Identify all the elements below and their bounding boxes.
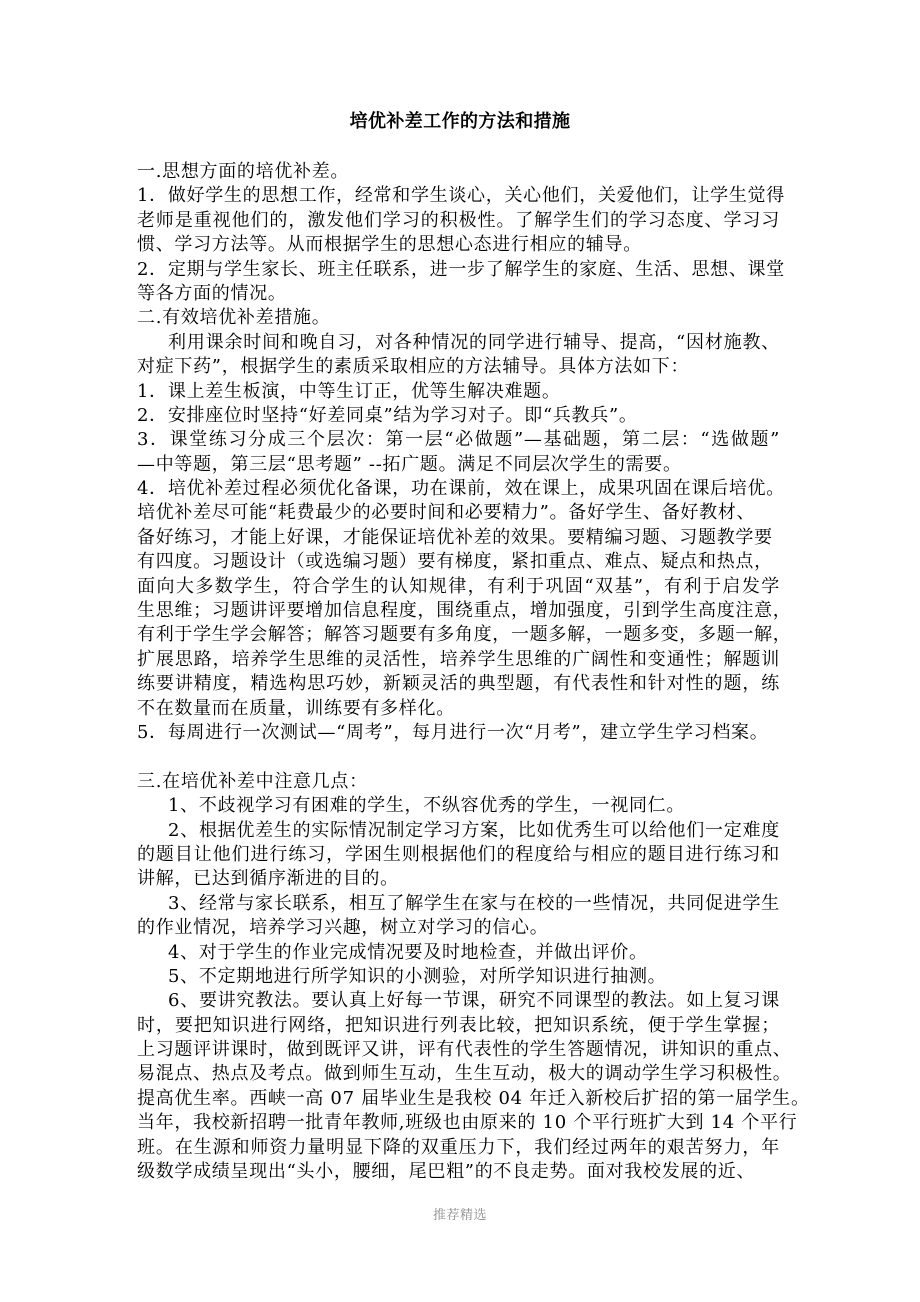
paragraph-line: 练要讲精度，精选构思巧妙，新颖灵活的典型题，有代表性和针对性的题，练 (137, 672, 780, 696)
paragraph-line: 上习题评讲课时，做到既评又讲，评有代表性的学生答题情况，讲知识的重点、 (137, 1038, 780, 1062)
paragraph-line: 扩展思路，培养学生思维的灵活性，培养学生思维的广阔性和变通性；解题训 (137, 648, 780, 672)
paragraph-line: 有四度。习题设计（或选编习题）要有梯度，紧扣重点、难点、疑点和热点， (137, 550, 797, 574)
paragraph-line: 易混点、热点及考点。做到师生互动，生生互动，极大的调动学生学习积极性。 (137, 1062, 780, 1086)
paragraph-line: 培优补差尽可能“耗费最少的必要时间和必要精力”。备好学生、备好教材、 (137, 501, 797, 525)
paragraph-line: 班。在生源和师资力量明显下降的双重压力下，我们经过两年的艰苦努力，年 (137, 1136, 780, 1160)
paragraph-line: 1．做好学生的思想工作，经常和学生谈心，关心他们，关爱他们，让学生觉得 (137, 184, 780, 208)
paragraph-line: —中等题，第三层“思考题” --拓广题。满足不同层次学生的需要。 (137, 453, 797, 477)
paragraph-line: 利用课余时间和晚自习，对各种情况的同学进行辅导、提高，“因材施教、 (137, 331, 780, 355)
section-heading: 二.有效培优补差措施。 (137, 306, 797, 330)
paragraph-line: 老师是重视他们的，激发他们学习的积极性。了解学生们的学习态度、学习习 (137, 209, 780, 233)
paragraph-line: 的作业情况，培养学习兴趣，树立对学习的信心。 (137, 916, 797, 940)
paragraph-line: 1．课上差生板演，中等生订正，优等生解决难题。 (137, 380, 797, 404)
paragraph-line: 提高优生率。西峡一高 07 届毕业生是我校 04 年迁入新校后扩招的第一届学生。 (137, 1087, 780, 1111)
paragraph-line: 面向大多数学生，符合学生的认知规律，有利于巩固“双基”，有利于启发学 (137, 575, 780, 599)
paragraph-line: 备好练习，才能上好课，才能保证培优补差的效果。要精编习题、习题教学要 (137, 526, 797, 550)
section-heading: 三.在培优补差中注意几点： (137, 770, 797, 794)
paragraph-line: 不在数量而在质量，训练要有多样化。 (137, 697, 797, 721)
paragraph-line: 3．课堂练习分成三个层次：第一层“必做题”—基础题，第二层：“选做题” (137, 428, 780, 452)
paragraph-line: 2、根据优差生的实际情况制定学习方案，比如优秀生可以给他们一定难度 (137, 819, 780, 843)
paragraph-line: 5．每周进行一次测试—“周考”，每月进行一次“月考”，建立学生学习档案。 (137, 721, 797, 745)
page-footer: 推荐精选 (0, 1207, 920, 1225)
paragraph-line: 的题目让他们进行练习，学困生则根据他们的程度给与相应的题目进行练习和 (137, 843, 780, 867)
paragraph-line: 当年，我校新招聘一批青年教师,班级也由原来的 10 个平行班扩大到 14 个平行 (137, 1111, 780, 1135)
paragraph-line: 惯、学习方法等。从而根据学生的思想心态进行相应的辅导。 (137, 233, 797, 257)
paragraph-line: 对症下药”，根据学生的素质采取相应的方法辅导。具体方法如下： (137, 355, 797, 379)
paragraph-line: 1、不歧视学习有困难的学生，不纵容优秀的学生，一视同仁。 (137, 794, 797, 818)
paragraph-line: 4、对于学生的作业完成情况要及时地检查，并做出评价。 (137, 941, 797, 965)
paragraph-line: 6、要讲究教法。要认真上好每一节课，研究不同课型的教法。如上复习课 (137, 989, 780, 1013)
paragraph-line: 讲解，已达到循序渐进的目的。 (137, 867, 797, 891)
paragraph-line: 3、经常与家长联系，相互了解学生在家与在校的一些情况，共同促进学生 (137, 892, 780, 916)
section-heading: 一.思想方面的培优补差。 (137, 160, 797, 184)
document-title: 培优补差工作的方法和措施 (0, 110, 920, 134)
paragraph-line: 2．定期与学生家长、班主任联系，进一步了解学生的家庭、生活、思想、课堂 (137, 258, 780, 282)
blank-line (137, 745, 797, 769)
paragraph-line: 级数学成绩呈现出“头小，腰细，尾巴粗”的不良走势。面对我校发展的近、 (137, 1160, 797, 1184)
paragraph-line: 生思维；习题讲评要增加信息程度，围绕重点，增加强度，引到学生高度注意， (137, 599, 780, 623)
paragraph-line: 4．培优补差过程必须优化备课，功在课前，效在课上，成果巩固在课后培优。 (137, 477, 797, 501)
paragraph-line: 2．安排座位时坚持“好差同桌”结为学习对子。即“兵教兵”。 (137, 404, 797, 428)
document-page: 培优补差工作的方法和措施 一.思想方面的培优补差。 1．做好学生的思想工作，经常… (0, 0, 920, 1302)
paragraph-line: 有利于学生学会解答；解答习题要有多角度，一题多解，一题多变，多题一解， (137, 623, 780, 647)
paragraph-line: 等各方面的情况。 (137, 282, 797, 306)
paragraph-line: 时，要把知识进行网络，把知识进行列表比较，把知识系统，便于学生掌握； (137, 1014, 780, 1038)
paragraph-line: 5、不定期地进行所学知识的小测验，对所学知识进行抽测。 (137, 965, 797, 989)
document-body: 一.思想方面的培优补差。 1．做好学生的思想工作，经常和学生谈心，关心他们，关爱… (137, 160, 797, 1184)
